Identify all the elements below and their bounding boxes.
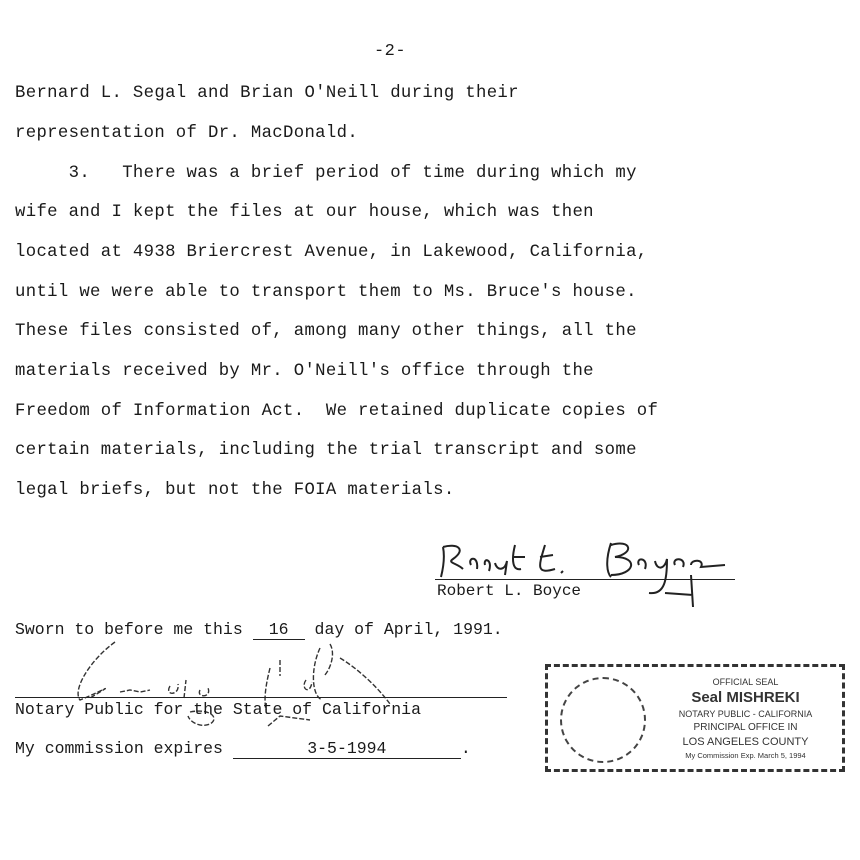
text-line: materials received by Mr. O'Neill's offi… (15, 362, 594, 381)
text-line: Bernard L. Segal and Brian O'Neill durin… (15, 84, 519, 103)
commission-line: My commission expires 3-5-1994. (15, 739, 471, 759)
signatory-block: Robert L. Boyce (435, 535, 745, 615)
jurat-suffix: day of April, 1991. (305, 620, 503, 639)
seal-text: OFFICIAL SEAL Seal MISHREKI NOTARY PUBLI… (648, 675, 843, 763)
notary-signature-line (15, 697, 507, 698)
notary-label: Notary Public for the State of Californi… (15, 700, 421, 719)
text-line: representation of Dr. MacDonald. (15, 124, 358, 143)
jurat-prefix: Sworn to before me this (15, 620, 253, 639)
signatory-name: Robert L. Boyce (437, 582, 581, 600)
text-line: until we were able to transport them to … (15, 283, 637, 302)
jurat-day: 16 (253, 620, 305, 640)
seal-line: Seal MISHREKI (648, 689, 843, 707)
text-line: These files consisted of, among many oth… (15, 322, 637, 341)
signature-line (435, 579, 735, 580)
seal-line: OFFICIAL SEAL (648, 675, 843, 689)
seal-emblem-icon (560, 677, 646, 763)
notary-seal: OFFICIAL SEAL Seal MISHREKI NOTARY PUBLI… (545, 664, 845, 772)
text-line: Freedom of Information Act. We retained … (15, 402, 658, 421)
commission-prefix: My commission expires (15, 739, 233, 758)
text-line: 3. There was a brief period of time duri… (15, 164, 637, 183)
text-line: wife and I kept the files at our house, … (15, 203, 594, 222)
commission-suffix: . (461, 739, 471, 758)
seal-line: PRINCIPAL OFFICE IN (648, 721, 843, 735)
seal-line: NOTARY PUBLIC - CALIFORNIA (648, 707, 843, 721)
page-number: -2- (0, 42, 780, 61)
notary-signature-icon (60, 640, 460, 750)
seal-line: LOS ANGELES COUNTY (648, 735, 843, 749)
seal-line: My Commission Exp. March 5, 1994 (648, 749, 843, 763)
text-line: located at 4938 Briercrest Avenue, in La… (15, 243, 648, 262)
jurat-line: Sworn to before me this 16 day of April,… (15, 620, 503, 640)
text-line: legal briefs, but not the FOIA materials… (15, 481, 455, 500)
text-line: certain materials, including the trial t… (15, 441, 637, 460)
commission-date: 3-5-1994 (233, 739, 461, 759)
